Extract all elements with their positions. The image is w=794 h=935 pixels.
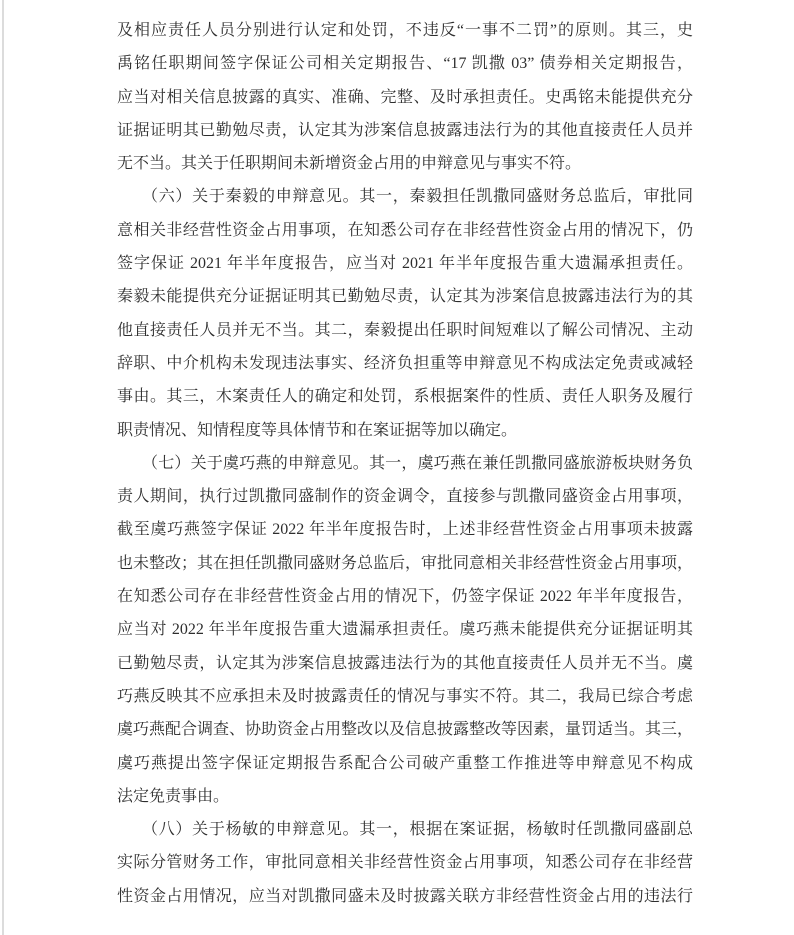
text-line: 及相应责任人员分别进行认定和处罚，不违反“一事不二罚”的原则。其三，史 xyxy=(117,14,693,47)
text-line: 也未整改；其在担任凯撒同盛财务总监后，审批同意相关非经营性资金占用事项， xyxy=(117,547,693,580)
text-line: 巧燕反映其不应承担未及时披露责任的情况与事实不符。其二，我局已综合考虑 xyxy=(117,680,693,713)
text-line: 意相关非经营性资金占用事项，在知悉公司存在非经营性资金占用的情况下，仍 xyxy=(117,214,693,247)
text-line: 性资金占用情况，应当对凯撒同盛未及时披露关联方非经营性资金占用的违法行 xyxy=(117,880,693,913)
text-line: 虞巧燕配合调查、协助资金占用整改以及信息披露整改等因素，量罚适当。其三， xyxy=(117,713,693,746)
text-line: （七）关于虞巧燕的申辩意见。其一，虞巧燕在兼任凯撒同盛旅游板块财务负 xyxy=(117,447,693,480)
document-page: 及相应责任人员分别进行认定和处罚，不违反“一事不二罚”的原则。其三，史禹铭任职期… xyxy=(0,0,794,935)
text-line: 禹铭任职期间签字保证公司相关定期报告、“17 凯撒 03” 债券相关定期报告， xyxy=(117,47,693,80)
text-line: 秦毅未能提供充分证据证明其已勤勉尽责，认定其为涉案信息披露违法行为的其 xyxy=(117,280,693,313)
text-line: 事由。其三，木案责任人的确定和处罚，系根据案件的性质、责任人职务及履行 xyxy=(117,380,693,413)
text-line: 无不当。其关于任职期间未新增资金占用的申辩意见与事实不符。 xyxy=(117,147,693,180)
text-line: 已勤勉尽责，认定其为涉案信息披露违法行为的其他直接责任人员并无不当。虞 xyxy=(117,647,693,680)
text-line: 责人期间，执行过凯撒同盛制作的资金调令，直接参与凯撒同盛资金占用事项， xyxy=(117,480,693,513)
text-line: （六）关于秦毅的申辩意见。其一，秦毅担任凯撒同盛财务总监后，审批同 xyxy=(117,180,693,213)
text-line: 证据证明其已勤勉尽责，认定其为涉案信息披露违法行为的其他直接责任人员并 xyxy=(117,114,693,147)
text-line: 应当对相关信息披露的真实、准确、完整、及时承担责任。史禹铭未能提供充分 xyxy=(117,81,693,114)
text-line: 职责情况、知情程度等具体情节和在案证据等加以确定。 xyxy=(117,414,693,447)
text-line: （八）关于杨敏的申辩意见。其一，根据在案证据，杨敏时任凯撒同盛副总裁， xyxy=(117,813,693,846)
text-line: 在知悉公司存在非经营性资金占用的情况下，仍签字保证 2022 年半年度报告， xyxy=(117,580,693,613)
text-line: 他直接责任人员并无不当。其二，秦毅提出任职时间短难以了解公司情况、主动 xyxy=(117,314,693,347)
text-line: 虞巧燕提出签字保证定期报告系配合公司破产重整工作推进等申辩意见不构成 xyxy=(117,747,693,780)
text-line: 应当对 2022 年半年度报告重大遗漏承担责任。虞巧燕未能提供充分证据证明其 xyxy=(117,613,693,646)
text-line: 实际分管财务工作，审批同意相关非经营性资金占用事项，知悉公司存在非经营 xyxy=(117,846,693,879)
text-line: 法定免责事由。 xyxy=(117,780,693,813)
text-line: 截至虞巧燕签字保证 2022 年半年度报告时，上述非经营性资金占用事项未披露 xyxy=(117,513,693,546)
text-line: 辞职、中介机构未发现违法事实、经济负担重等申辩意见不构成法定免责或减轻 xyxy=(117,347,693,380)
scan-edge-line xyxy=(2,0,4,935)
text-line: 签字保证 2021 年半年度报告，应当对 2021 年半年度报告重大遗漏承担责任… xyxy=(117,247,693,280)
text-column: 及相应责任人员分别进行认定和处罚，不违反“一事不二罚”的原则。其三，史禹铭任职期… xyxy=(117,14,693,913)
